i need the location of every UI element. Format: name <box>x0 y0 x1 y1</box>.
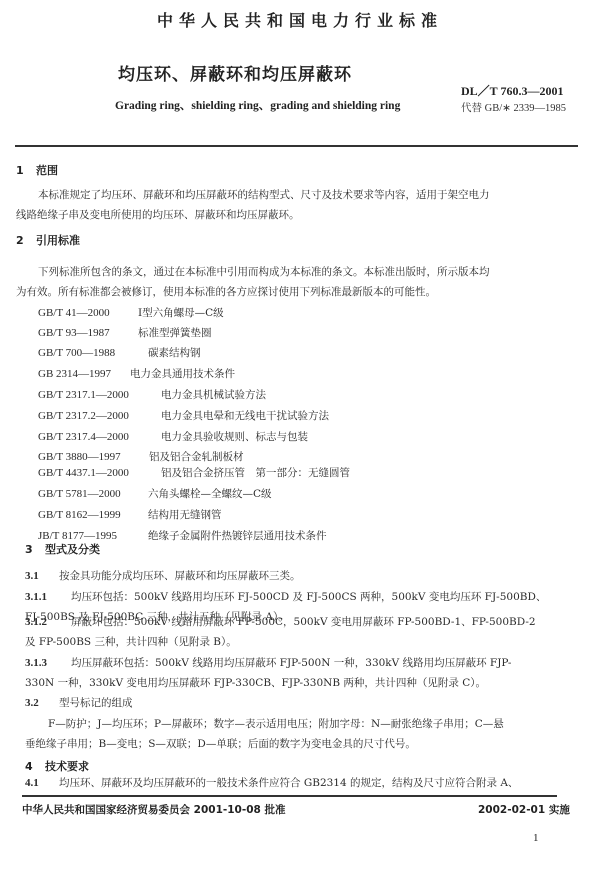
reference-name: 铝及铝合金轧制板材 <box>149 451 244 463</box>
standard-number: DL／T 760.3—2001 <box>461 82 563 99</box>
clause-text: 均压环包括：500kV 线路用均压环 FJ-500CD 及 FJ-500CS 两… <box>71 591 546 603</box>
reference-item: GB/T 93—1987标准型弹簧垫圈 <box>38 325 212 340</box>
section-number: 1 <box>16 164 36 177</box>
reference-code: GB/T 93—1987 <box>38 327 138 339</box>
reference-code: GB 2314—1997 <box>38 368 130 380</box>
clause-3-2-line-2: 垂绝缘子串用；B—变电；S—双联；D—单联；后面的数字为变电金具的尺寸代号。 <box>25 736 416 751</box>
scope-paragraph-line-2: 线路绝缘子串及变电所使用的均压环、屏蔽环和均压屏蔽环。 <box>16 207 300 222</box>
reference-item: GB/T 2317.1—2000电力金具机械试验方法 <box>38 387 266 402</box>
reference-name: 电力金具验收规则、标志与包装 <box>161 431 308 443</box>
reference-item: GB/T 3880—1997铝及铝合金轧制板材 <box>38 449 244 464</box>
reference-name: 碳素结构钢 <box>148 347 201 359</box>
reference-code: GB/T 8162—1999 <box>38 509 148 521</box>
reference-name: 铝及铝合金挤压管 第一部分：无缝圆管 <box>161 467 350 479</box>
reference-item: GB/T 41—2000Ⅰ型六角螺母—C级 <box>38 305 224 320</box>
clause-3-1-3-line-1: 3.1.3均压屏蔽环包括：500kV 线路用均压屏蔽环 FJP-500N 一种，… <box>25 655 511 670</box>
reference-name: 标准型弹簧垫圈 <box>138 327 212 339</box>
clause-3-2-line-1: F—防护；J—均压环；P—屏蔽环；数字—表示适用电压；附加字母：N—耐张绝缘子串… <box>48 716 504 731</box>
reference-item: GB/T 2317.4—2000电力金具验收规则、标志与包装 <box>38 429 308 444</box>
reference-name: Ⅰ型六角螺母—C级 <box>138 307 224 319</box>
reference-name: 电力金具机械试验方法 <box>161 389 266 401</box>
clause-number: 4.1 <box>25 777 59 789</box>
clause-text: 均压屏蔽环包括：500kV 线路用均压屏蔽环 FJP-500N 一种，330kV… <box>71 657 511 669</box>
references-paragraph-line-1: 下列标准所包含的条文，通过在本标准中引用而构成为本标准的条文。本标准出版时，所示… <box>38 264 490 279</box>
section-title: 型式及分类 <box>45 543 100 556</box>
implementation-date: 2002-02-01 实施 <box>478 802 570 817</box>
clause-3-1: 3.1按金具功能分成均压环、屏蔽环和均压屏蔽环三类。 <box>25 568 301 583</box>
reference-code: GB/T 3880—1997 <box>38 451 149 463</box>
reference-code: GB/T 2317.1—2000 <box>38 389 161 401</box>
reference-name: 电力金具通用技术条件 <box>130 368 235 380</box>
reference-item: GB/T 8162—1999结构用无缝钢管 <box>38 507 222 522</box>
approval-line: 中华人民共和国国家经济贸易委员会 2001-10-08 批准 <box>22 802 285 817</box>
section-heading-references: 2引用标准 <box>16 232 80 248</box>
reference-code: GB/T 41—2000 <box>38 307 138 319</box>
reference-name: 结构用无缝钢管 <box>148 509 222 521</box>
clause-title: 型号标记的组成 <box>59 697 133 709</box>
page-number: 1 <box>533 832 539 844</box>
clause-text: 均压环、屏蔽环及均压屏蔽环的一般技术条件应符合 GB2314 的规定，结构及尺寸… <box>59 777 518 789</box>
clause-text: 按金具功能分成均压环、屏蔽环和均压屏蔽环三类。 <box>59 570 301 582</box>
reference-item: GB 2314—1997电力金具通用技术条件 <box>38 366 235 381</box>
clause-number: 3.1.2 <box>25 616 71 628</box>
clause-3-1-2-line-2: 及 FP-500BS 三种，共计四种（见附录 B）。 <box>25 634 237 649</box>
reference-code: GB/T 4437.1—2000 <box>38 467 161 479</box>
clause-3-1-3-line-2: 330N 一种，330kV 变电用均压屏蔽环 FJP-330CB、FJP-330… <box>25 675 486 690</box>
section-number: 4 <box>25 760 45 773</box>
section-heading-scope: 1范围 <box>16 162 58 178</box>
reference-item: GB/T 5781—2000六角头螺栓—全螺纹—C级 <box>38 486 272 501</box>
replaces-standard: 代替 GB/∗ 2339—1985 <box>461 100 566 115</box>
clause-text: 屏蔽环包括：500kV 线路用屏蔽环 FP-500C，500kV 变电用屏蔽环 … <box>71 616 536 628</box>
section-heading-types: 3型式及分类 <box>25 541 100 557</box>
references-paragraph-line-2: 为有效。所有标准都会被修订，使用本标准的各方应探讨使用下列标准最新版本的可能性。 <box>16 284 436 299</box>
reference-item: GB/T 4437.1—2000铝及铝合金挤压管 第一部分：无缝圆管 <box>38 465 350 480</box>
header-divider <box>15 145 578 147</box>
clause-number: 3.1.3 <box>25 657 71 669</box>
section-title: 引用标准 <box>36 234 80 247</box>
reference-item: GB/T 2317.2—2000电力金具电晕和无线电干扰试验方法 <box>38 408 329 423</box>
industry-standard-header: 中华人民共和国电力行业标准 <box>0 8 600 31</box>
document-title: 均压环、屏蔽环和均压屏蔽环 <box>118 60 352 85</box>
reference-name: 电力金具电晕和无线电干扰试验方法 <box>161 410 329 422</box>
clause-3-1-2-line-1: 3.1.2屏蔽环包括：500kV 线路用屏蔽环 FP-500C，500kV 变电… <box>25 614 536 629</box>
clause-4-1-line-1: 4.1均压环、屏蔽环及均压屏蔽环的一般技术条件应符合 GB2314 的规定，结构… <box>25 775 518 790</box>
scope-paragraph-line-1: 本标准规定了均压环、屏蔽环和均压屏蔽环的结构型式、尺寸及技术要求等内容，适用于架… <box>38 187 490 202</box>
section-heading-technical-requirements: 4技术要求 <box>25 758 89 774</box>
reference-code: GB/T 2317.2—2000 <box>38 410 161 422</box>
document-subtitle-en: Grading ring、shielding ring、grading and … <box>115 97 400 113</box>
reference-code: GB/T 5781—2000 <box>38 488 148 500</box>
clause-3-1-1-line-1: 3.1.1均压环包括：500kV 线路用均压环 FJ-500CD 及 FJ-50… <box>25 589 546 604</box>
section-number: 2 <box>16 234 36 247</box>
section-number: 3 <box>25 543 45 556</box>
clause-number: 3.1.1 <box>25 591 71 603</box>
footer-divider <box>22 795 557 797</box>
reference-code: GB/T 2317.4—2000 <box>38 431 161 443</box>
clause-number: 3.1 <box>25 570 59 582</box>
reference-name: 绝缘子金属附件热镀锌层通用技术条件 <box>148 530 327 542</box>
reference-item: GB/T 700—1988碳素结构钢 <box>38 345 201 360</box>
reference-name: 六角头螺栓—全螺纹—C级 <box>148 488 272 500</box>
section-title: 技术要求 <box>45 760 89 773</box>
section-title: 范围 <box>36 164 58 177</box>
reference-code: GB/T 700—1988 <box>38 347 148 359</box>
clause-3-2-heading: 3.2型号标记的组成 <box>25 695 133 710</box>
clause-number: 3.2 <box>25 697 59 709</box>
